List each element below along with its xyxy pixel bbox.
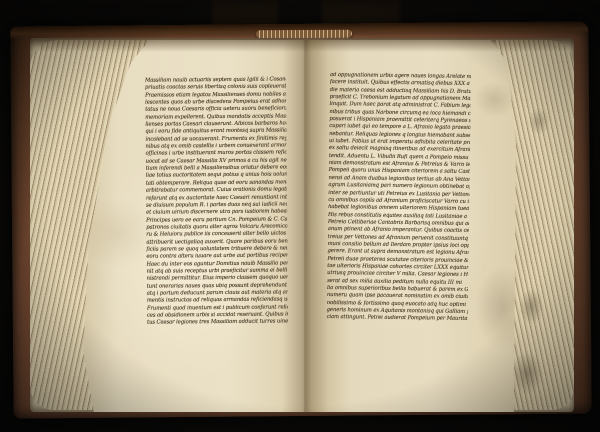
left-page-text-column: Massiliam nauib actuariis septem quas Ig… xyxy=(145,76,297,327)
manuscript-text-line: tus Caesar legiones tres Massiliam adduc… xyxy=(147,319,288,328)
right-page-text-column: ad oppugnationem urbis agere naues longa… xyxy=(327,72,480,324)
photo-background: Massiliam nauib actuariis septem quas Ig… xyxy=(0,0,600,432)
